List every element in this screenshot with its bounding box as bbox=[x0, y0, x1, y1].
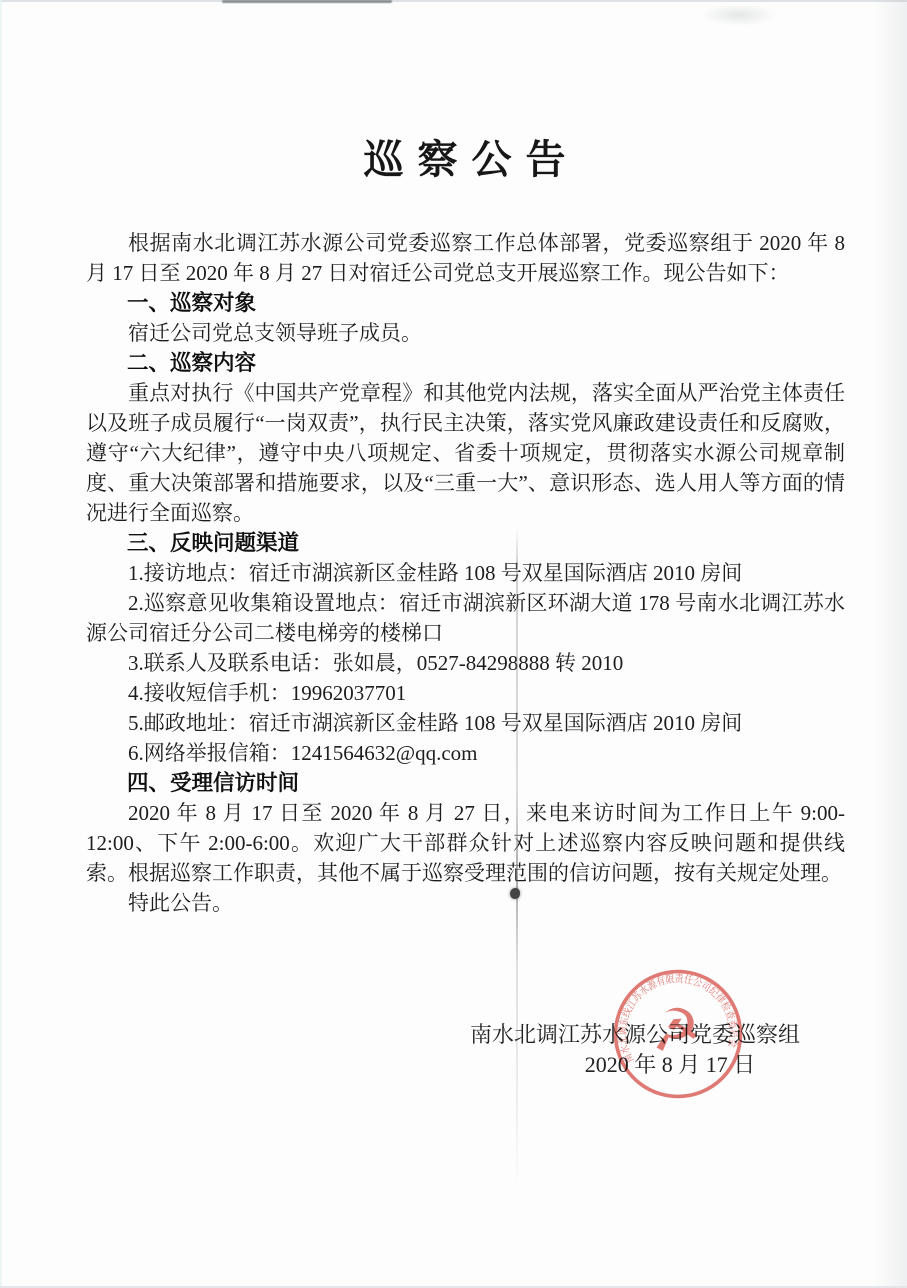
scanned-document-page: 巡 察 公 告 根据南水北调江苏水源公司党委巡察工作总体部署，党委巡察组于 20… bbox=[0, 0, 907, 1288]
channel-item-6: 6.网络举报信箱：1241564632@qq.com bbox=[86, 738, 845, 768]
section-heading-2: 二、巡察内容 bbox=[86, 348, 845, 378]
document-body: 巡 察 公 告 根据南水北调江苏水源公司党委巡察工作总体部署，党委巡察组于 20… bbox=[86, 0, 845, 918]
document-title: 巡 察 公 告 bbox=[86, 138, 845, 182]
signature-issuer: 南水北调江苏水源公司党委巡察组 bbox=[470, 1020, 800, 1050]
section-4-paragraph: 2020 年 8 月 17 日至 2020 年 8 月 27 日，来电来访时间为… bbox=[86, 798, 845, 888]
section-1-paragraph: 宿迁公司党总支领导班子成员。 bbox=[86, 318, 845, 348]
section-heading-1: 一、巡察对象 bbox=[86, 288, 845, 318]
channel-item-2: 2.巡察意见收集箱设置地点：宿迁市湖滨新区环湖大道 178 号南水北调江苏水源公… bbox=[86, 588, 845, 648]
closing-line: 特此公告。 bbox=[86, 888, 845, 918]
signature-block: 南水北调江苏水源公司党委巡察组 2020 年 8 月 17 日 bbox=[470, 1020, 800, 1080]
section-2-paragraph: 重点对执行《中国共产党章程》和其他党内法规，落实全面从严治党主体责任以及班子成员… bbox=[86, 378, 845, 528]
scan-artifact-left-edge bbox=[0, 0, 2, 1288]
channel-item-3: 3.联系人及联系电话：张如晨，0527-84298888 转 2010 bbox=[86, 648, 845, 678]
signature-date: 2020 年 8 月 17 日 bbox=[540, 1050, 800, 1080]
channel-item-1: 1.接访地点：宿迁市湖滨新区金桂路 108 号双星国际酒店 2010 房间 bbox=[86, 558, 845, 588]
section-heading-4: 四、受理信访时间 bbox=[86, 768, 845, 798]
scan-artifact-right-band bbox=[873, 0, 907, 1288]
channel-item-4: 4.接收短信手机：19962037701 bbox=[86, 678, 845, 708]
channel-item-5: 5.邮政地址：宿迁市湖滨新区金桂路 108 号双星国际酒店 2010 房间 bbox=[86, 708, 845, 738]
intro-paragraph: 根据南水北调江苏水源公司党委巡察工作总体部署，党委巡察组于 2020 年 8 月… bbox=[86, 228, 845, 288]
section-heading-3: 三、反映问题渠道 bbox=[86, 528, 845, 558]
